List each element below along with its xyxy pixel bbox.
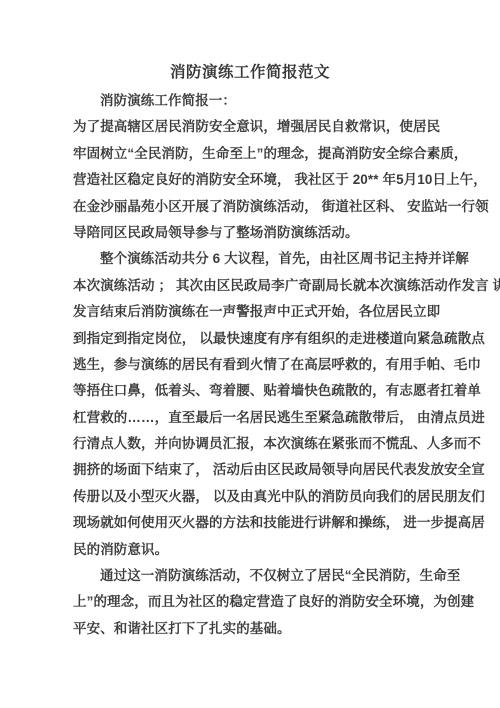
- text-line: 民的消防意识。: [73, 537, 493, 563]
- text-line: 为了提高辖区居民消防安全意识，增强居民自救常识，使居民: [73, 114, 493, 140]
- text-line: 在金沙丽晶苑小区开展了消防演练活动， 街道社区科、 安监站一行领: [73, 194, 493, 220]
- text-line: 平安、和谐社区打下了扎实的基础。: [73, 616, 493, 642]
- text-line: 上”的理念，而且为社区的稳定营造了良好的消防安全环境，为创建: [73, 589, 493, 615]
- document-title: 消防演练工作简报范文: [0, 60, 500, 82]
- document-page: 消防演练工作简报范文 消防演练工作简报一： 为了提高辖区居民消防安全意识，增强居…: [0, 0, 500, 708]
- text-line: 本次演练活动 ； 其次由区民政局李广奇副局长就本次演练活动作发言 讲话；: [73, 273, 493, 299]
- text-line: 传册以及小型灭火器， 以及由真光中队的消防员向我们的居民朋友们: [73, 484, 493, 510]
- text-line: 行清点人数，并向协调员汇报，本次演练在紧张而不慌乱、人多而不: [73, 431, 493, 457]
- document-body: 消防演练工作简报一： 为了提高辖区居民消防安全意识，增强居民自救常识，使居民 牢…: [73, 88, 493, 642]
- text-line: 杠营救的……，直至最后一名居民逃生至紧急疏散带后， 由清点员进: [73, 405, 493, 431]
- text-line: 发言结束后消防演练在一声警报声中正式开始，各位居民立即: [73, 299, 493, 325]
- text-line: 消防演练工作简报一：: [73, 88, 493, 114]
- text-line: 现场就如何使用灭火器的方法和技能进行讲解和操练， 进一步提高居: [73, 510, 493, 536]
- text-line: 整个演练活动共分 6 大议程，首先，由社区周书记主持并详解: [73, 246, 493, 272]
- text-line: 通过这一消防演练活动，不仅树立了居民“全民消防，生命至: [73, 563, 493, 589]
- text-line: 营造社区稳定良好的消防安全环境， 我社区于 20** 年5月10日上午，: [73, 167, 493, 193]
- text-line: 到指定到指定岗位， 以最快速度有序有组织的走进楼道向紧急疏散点: [73, 326, 493, 352]
- text-line: 拥挤的场面下结束了， 活动后由区民政局领导向居民代表发放安全宣: [73, 457, 493, 483]
- text-line: 等捂住口鼻，低着头、弯着腰、贴着墙快色疏散的，有志愿者扛着单: [73, 378, 493, 404]
- text-line: 导陪同区民政局领导参与了整场消防演练活动。: [73, 220, 493, 246]
- text-line: 牢固树立“全民消防，生命至上”的理念，提高消防安全综合素质，: [73, 141, 493, 167]
- text-line: 逃生，参与演练的居民有看到火情了在高层呼救的，有用手帕、毛巾: [73, 352, 493, 378]
